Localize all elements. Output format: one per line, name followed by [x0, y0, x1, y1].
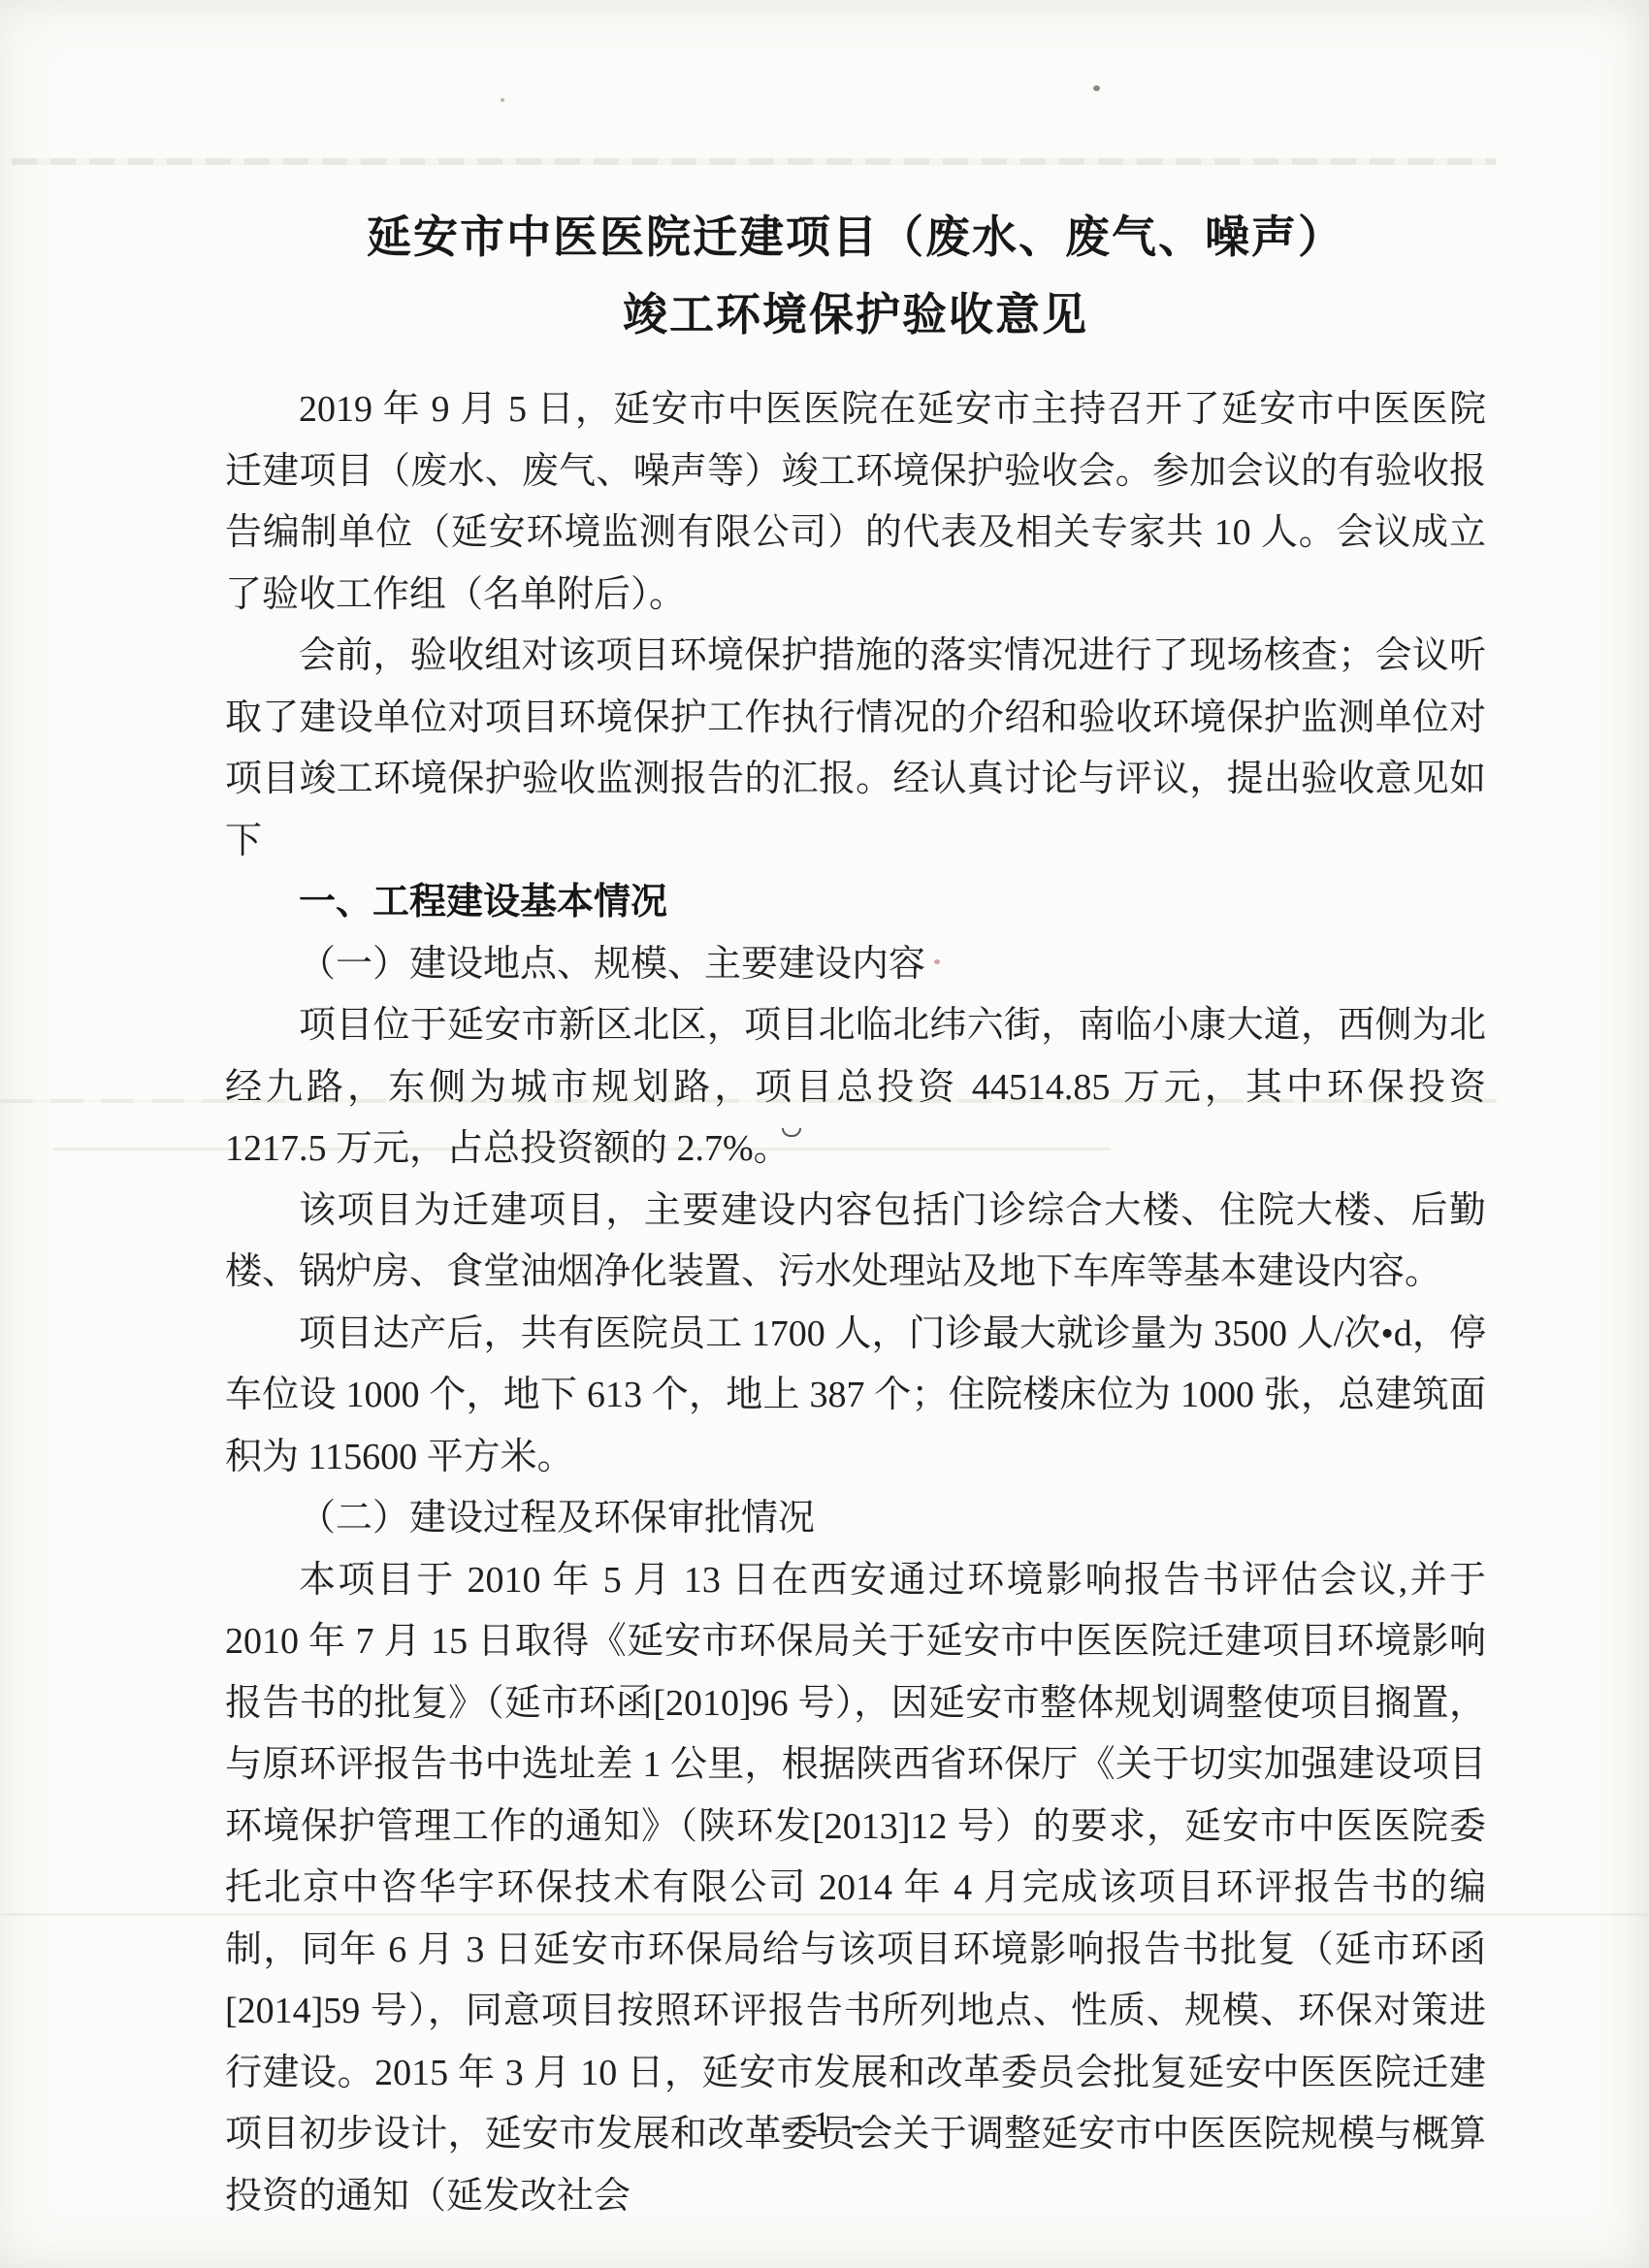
- paragraph-construction-content: 该项目为迁建项目，主要建设内容包括门诊综合大楼、住院大楼、后勤楼、锅炉房、食堂油…: [225, 1181, 1486, 1304]
- page-number: - 1 -: [0, 2103, 1649, 2144]
- document-content: 延安市中医医院迁建项目（废水、废气、噪声） 竣工环境保护验收意见 2019 年 …: [225, 199, 1486, 2227]
- scan-speck: [501, 98, 504, 102]
- paragraph-location-investment: 项目位于延安市新区北区，项目北临北纬六街，南临小康大道，西侧为北经九路，东侧为城…: [225, 995, 1486, 1181]
- paragraph-capacity-figures: 项目达产后，共有医院员工 1700 人，门诊最大就诊量为 3500 人/次•d，…: [225, 1304, 1486, 1489]
- section-heading-project-basic-info: 一、工程建设基本情况: [225, 872, 1486, 934]
- scanned-document-page: 延安市中医医院迁建项目（废水、废气、噪声） 竣工环境保护验收意见 2019 年 …: [0, 0, 1649, 2268]
- subsection-heading-location-scale: （一）建设地点、规模、主要建设内容: [225, 934, 1486, 996]
- document-title-line-1: 延安市中医医院迁建项目（废水、废气、噪声）: [225, 199, 1486, 276]
- paragraph-pre-meeting-review: 会前，验收组对该项目环境保护措施的落实情况进行了现场核查；会议听取了建设单位对项…: [225, 626, 1486, 872]
- document-title-line-2: 竣工环境保护验收意见: [225, 276, 1486, 354]
- scan-streak: [12, 158, 1496, 165]
- paragraph-meeting-intro: 2019 年 9 月 5 日，延安市中医医院在延安市主持召开了延安市中医医院迁建…: [225, 379, 1486, 626]
- scan-speck: [1093, 85, 1100, 91]
- subsection-heading-approval-process: （二）建设过程及环保审批情况: [225, 1488, 1486, 1550]
